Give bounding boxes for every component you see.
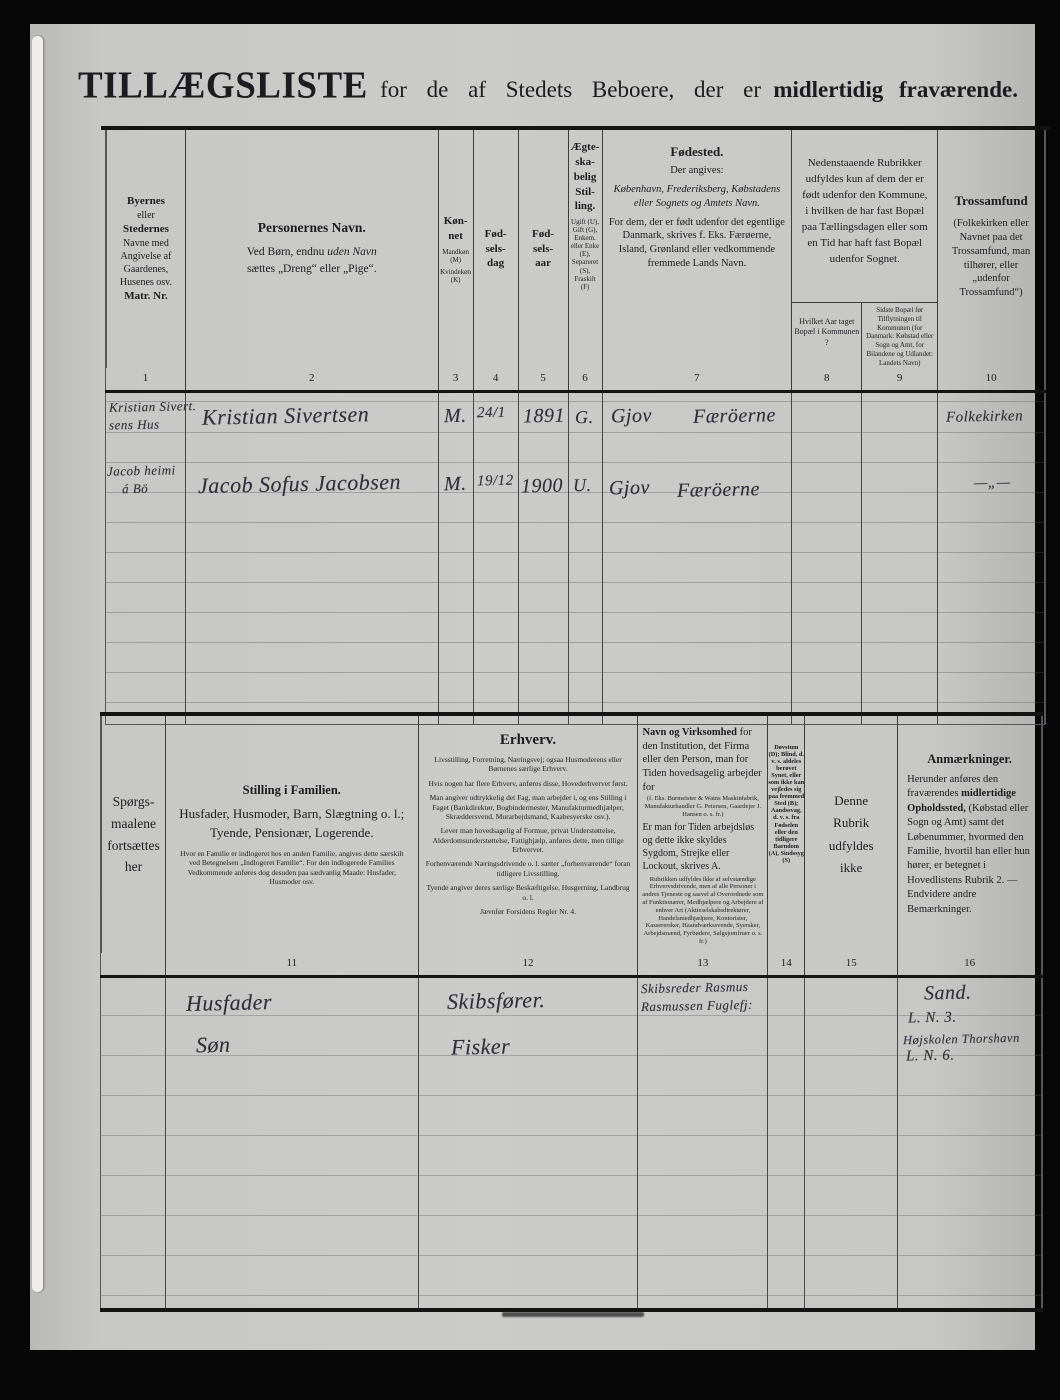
column-header-16: Anmærkninger. Herunder anføres den fravæ… <box>898 716 1042 953</box>
header-text: Personernes Navn. <box>186 220 438 236</box>
entry-remark: Sand. <box>924 982 972 1006</box>
header-text: Døvstum (D); Blind, d. v. s. aldeles ber… <box>768 716 804 864</box>
header-text: (f. Eks. Burmeister & Wains Maskinfabrik… <box>638 794 767 818</box>
header-text: Navne med <box>107 237 185 250</box>
cell-birthday: 24/1 19/12 <box>474 393 519 724</box>
column-number: 15 <box>805 953 898 975</box>
scanned-page-background: TILLÆGSLISTE for de af Stedets Beboere, … <box>0 0 1060 1400</box>
table-lower-body: Husfader Søn Skibsfører. Fisker Skibsred… <box>100 978 1043 1308</box>
entry-name: Jacob Sofus Jacobsen <box>198 469 402 499</box>
header-text: her <box>102 856 165 878</box>
entry-employer: Skibsreder Rasmus <box>641 979 749 997</box>
header-text: Rubrik <box>805 812 897 834</box>
entry-place: á Bö <box>122 481 149 498</box>
header-text: Stedernes <box>107 222 185 237</box>
form-title-main: TILLÆGSLISTE <box>78 63 368 108</box>
header-text: Husfader, Husmoder, Barn, Slægtning o. l… <box>166 804 418 843</box>
header-text: Hvor en Familie er indlogeret hos en and… <box>166 843 418 887</box>
column-number: 6 <box>569 368 603 390</box>
header-text: sels- <box>519 242 568 257</box>
entry-position: Husfader <box>186 989 272 1017</box>
column-number: 14 <box>768 953 805 975</box>
header-text: Køn- <box>439 214 473 229</box>
form-title-mid: for de af Stedets Beboere, der er <box>380 77 761 103</box>
header-text: Stilling i Familien. <box>166 783 418 798</box>
table-upper-column-numbers: 1 2 3 4 5 6 7 8 9 10 <box>105 368 1046 390</box>
column-header-15: Denne Rubrik udfyldes ikke <box>805 716 898 953</box>
cell-position: Husfader Søn <box>166 978 419 1308</box>
header-text: Mandkøn <box>439 248 473 256</box>
header-text: Lever man hovedsagelig af Formue, privat… <box>419 826 638 854</box>
entry-birthday: 19/12 <box>476 473 513 491</box>
table-upper: Byernes eller Stedernes Navne med Angive… <box>105 126 1046 725</box>
header-text: Ægte- <box>569 140 602 155</box>
cell-name: Kristian Sivertsen Jacob Sofus Jacobsen <box>186 393 439 724</box>
cell-occupation: Skibsfører. Fisker <box>419 978 639 1308</box>
entry-sex: M. <box>443 473 466 496</box>
cell-continuation <box>101 978 166 1308</box>
entry-birthyear: 1891 <box>522 405 564 429</box>
header-text: Byernes <box>107 194 185 209</box>
column-number: 3 <box>439 368 474 390</box>
column-number: 1 <box>106 368 186 390</box>
column-header-8: Hvilket Aar taget Bopæl i Kommunen ? <box>792 303 862 368</box>
header-text: Ved Børn, endnu <box>247 246 325 258</box>
header-text: (Købstad eller Sogn og Amt) samt det Løb… <box>907 803 1030 915</box>
header-text: (Folkekirken eller Navnet paa det Trossa… <box>938 217 1044 300</box>
form-title: TILLÆGSLISTE for de af Stedets Beboere, … <box>78 64 1018 107</box>
entry-remark: Højskolen Thorshavn <box>903 1031 1020 1048</box>
header-text: Ugift (U), Gift (G), Enkem. eller Enke (… <box>569 218 602 290</box>
header-text: (M) <box>439 256 473 264</box>
header-text: Navn og Virksomhed <box>642 727 737 738</box>
column-header-7: Fødested. Der angives: København, Freder… <box>603 130 793 368</box>
column-number <box>101 953 166 975</box>
subheader-row: Hvilket Aar taget Bopæl i Kommunen ? Sid… <box>792 302 937 368</box>
entry-birthplace: Færöerne <box>692 404 775 429</box>
header-text: ling. <box>569 199 602 214</box>
header-text: eller <box>107 209 185 222</box>
header-text: maalene <box>102 813 165 835</box>
entry-birthyear: 1900 <box>520 475 562 499</box>
header-text: udfyldes <box>805 835 897 857</box>
header-text: Husenes osv. <box>107 276 185 289</box>
entry-place: Jacob heimi <box>107 462 176 479</box>
table-upper-body: Kristian Sivert. sens Hus Jacob heimi á … <box>105 393 1046 725</box>
column-header-1: Byernes eller Stedernes Navne med Angive… <box>106 130 186 368</box>
header-text: Nedenstaaende Rubrikker udfyldes kun af … <box>792 130 937 302</box>
table-upper-header: Byernes eller Stedernes Navne med Angive… <box>105 130 1046 368</box>
header-text: Denne <box>805 790 897 812</box>
cell-employer: Skibsreder Rasmus Rasmussen Fuglefj: <box>638 978 768 1308</box>
entry-birthplace: Gjov <box>610 405 651 429</box>
entry-remark: L. N. 3. <box>908 1009 957 1027</box>
column-header-10: Trossamfund (Folkekirken eller Navnet pa… <box>938 130 1045 368</box>
header-text: Fødested. <box>603 144 792 160</box>
header-text: ikke <box>805 857 897 879</box>
column-number: 7 <box>603 368 793 390</box>
header-text: (K) <box>439 276 473 284</box>
header-text: Ved Børn, endnu uden Navn sættes „Dreng“… <box>186 244 438 279</box>
column-number: 12 <box>419 953 639 975</box>
column-header-3: Køn- net Mandkøn (M) Kvindekøn (K) <box>439 130 474 368</box>
column-header-6: Ægte- ska- belig Stil- ling. Ugift (U), … <box>569 130 603 368</box>
header-text: Anmærkninger. <box>898 752 1041 767</box>
column-number: 11 <box>166 953 419 975</box>
header-text: Herunder anføres den fraværendes midlert… <box>898 773 1041 918</box>
header-text: Livsstilling, Forretning, Næringsvej; og… <box>419 755 638 774</box>
entry-remark: L. N. 6. <box>906 1047 955 1065</box>
cell-disability <box>768 978 805 1308</box>
column-header-2: Personernes Navn. Ved Børn, endnu uden N… <box>186 130 439 368</box>
column-number: 2 <box>186 368 439 390</box>
header-text: Der angives: <box>603 164 792 178</box>
column-number: 5 <box>519 368 569 390</box>
header-text: Erhverv. <box>419 732 638 749</box>
entry-employer: Rasmussen Fuglefj: <box>641 997 753 1015</box>
table-lower: Spørgs- maalene fortsættes her Stilling … <box>100 712 1043 1312</box>
table-lower-header: Spørgs- maalene fortsættes her Stilling … <box>100 716 1043 953</box>
entry-position: Søn <box>196 1032 231 1059</box>
cell-birthyear: 1891 1900 <box>519 393 569 724</box>
header-text: Spørgs- <box>102 791 165 813</box>
entry-birthplace: Gjov <box>608 477 649 501</box>
column-header-8-9-group: Nedenstaaende Rubrikker udfyldes kun af … <box>792 130 938 368</box>
header-text: Hvis nogen har flere Erhverv, anføres di… <box>419 779 638 788</box>
header-text: dag <box>474 256 518 271</box>
header-text: ska- <box>569 155 602 170</box>
header-text: Gaardenes, <box>107 263 185 276</box>
header-text: København, Frederiksberg, Købstadens ell… <box>603 183 792 211</box>
entry-status: U. <box>572 475 591 496</box>
printers-mark <box>502 1312 644 1317</box>
column-number: 16 <box>898 953 1042 975</box>
entry-place: Kristian Sivert. <box>109 398 197 416</box>
page-edge-strip <box>32 36 43 1292</box>
header-text: sættes „Dreng“ eller „Pige“. <box>247 263 377 275</box>
header-text: Angivelse af <box>107 250 185 263</box>
cell-birthplace: Gjov Færöerne Gjov Færöerne <box>603 393 793 724</box>
header-text: Rubrikken udfyldes ikke af selvstændige … <box>638 875 767 946</box>
header-text: net <box>439 229 473 244</box>
header-text: Tyende angiver deres særlige Beskæftigel… <box>419 883 638 902</box>
header-text: Trossamfund <box>938 193 1044 209</box>
header-text: Navn og Virksomhed for den Institution, … <box>638 724 767 794</box>
entry-occupation: Fisker <box>450 1033 510 1060</box>
entry-sex: M. <box>443 405 466 428</box>
header-text: belig <box>569 170 602 185</box>
column-header-4: Fød- sels- dag <box>474 130 519 368</box>
entry-status: G. <box>574 407 593 428</box>
column-header-9: Sidste Bopæl før Tilflytningen til Kommu… <box>862 303 937 368</box>
sidebar-note: Spørgs- maalene fortsættes her <box>101 716 166 953</box>
header-text: Man angiver udtrykkelig det Fag, man arb… <box>419 793 638 821</box>
form-title-emphasis: midlertidig fraværende. <box>773 77 1018 103</box>
header-text: aar <box>519 256 568 271</box>
cell-last-residence <box>862 393 938 724</box>
column-header-12: Erhverv. Livsstilling, Forretning, Nærin… <box>419 716 639 953</box>
entry-birthday: 24/1 <box>476 405 505 423</box>
header-text: fortsættes <box>102 835 165 857</box>
column-header-14: Døvstum (D); Blind, d. v. s. aldeles ber… <box>768 716 805 953</box>
entry-faith: Folkekirken <box>946 408 1023 427</box>
census-form-page: TILLÆGSLISTE for de af Stedets Beboere, … <box>30 24 1035 1350</box>
header-text: Forhenværende Næringsdrivende o. l. sætt… <box>419 859 638 878</box>
entry-birthplace: Færöerne <box>676 478 759 503</box>
column-number: 9 <box>862 368 938 390</box>
cell-faith: Folkekirken —„— <box>938 393 1045 724</box>
header-text: Kvindekøn <box>439 268 473 276</box>
header-text: Fød- <box>474 227 518 242</box>
header-text: Stil- <box>569 185 602 200</box>
cell-status: G. U. <box>569 393 603 724</box>
cell-place: Kristian Sivert. sens Hus Jacob heimi á … <box>106 393 186 724</box>
cell-year-settled <box>792 393 862 724</box>
table-lower-column-numbers: 11 12 13 14 15 16 <box>100 953 1043 975</box>
header-text: For dem, der er født udenfor det egentli… <box>603 216 792 271</box>
header-text: sels- <box>474 242 518 257</box>
cell-unused <box>805 978 898 1308</box>
entry-name: Kristian Sivertsen <box>202 401 370 430</box>
header-text: Er man for Tiden arbejdsløs og dette ikk… <box>638 819 767 873</box>
cell-sex: M. M. <box>439 393 474 724</box>
column-number: 4 <box>474 368 519 390</box>
entry-faith: —„— <box>974 475 1011 493</box>
title-rule <box>101 126 1050 130</box>
column-number: 13 <box>638 953 768 975</box>
entry-occupation: Skibsfører. <box>446 987 545 1015</box>
column-header-13: Navn og Virksomhed for den Institution, … <box>638 716 768 953</box>
column-number: 8 <box>792 368 862 390</box>
cell-remarks: Sand. L. N. 3. Højskolen Thorshavn L. N.… <box>898 978 1042 1308</box>
column-header-11: Stilling i Familien. Husfader, Husmoder,… <box>166 716 419 953</box>
header-text: Matr. Nr. <box>107 289 185 304</box>
column-header-5: Fød- sels- aar <box>519 130 569 368</box>
column-number: 10 <box>938 368 1045 390</box>
entry-place: sens Hus <box>109 416 160 433</box>
header-text: Fød- <box>519 227 568 242</box>
header-text: Jævnfør Forsidens Regler Nr. 4. <box>419 907 638 916</box>
header-text: uden Navn <box>327 246 377 258</box>
